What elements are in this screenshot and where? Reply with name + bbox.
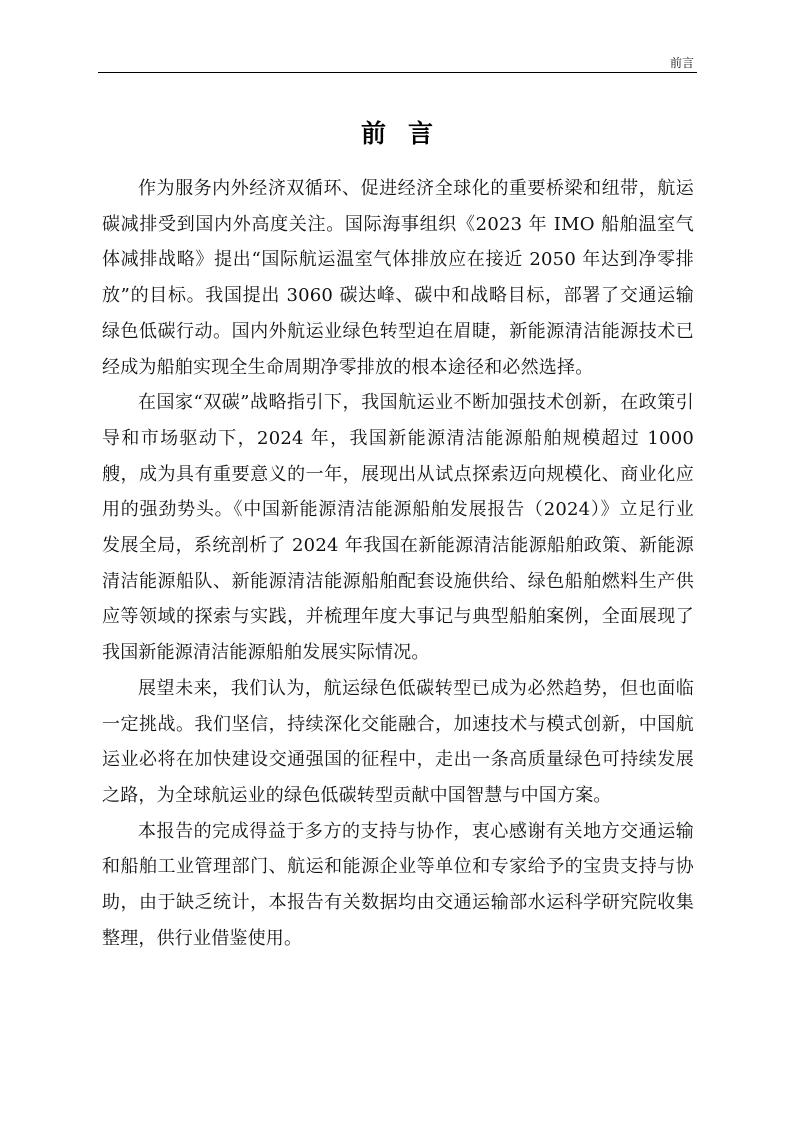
paragraph-2: 在国家“双碳”战略指引下，我国航运业不断加强技术创新，在政策引导和市场驱动下，2…: [102, 385, 694, 671]
running-header-title: 前言: [670, 56, 694, 70]
preface-body: 作为服务内外经济双循环、促进经济全球化的重要桥梁和纽带，航运碳减排受到国内外高度…: [102, 171, 694, 956]
paragraph-4: 本报告的完成得益于多方的支持与协作，衷心感谢有关地方交通运输和船舶工业管理部门、…: [102, 814, 694, 957]
paragraph-3: 展望未来，我们认为，航运绿色低碳转型已成为必然趋势，但也面临一定挑战。我们坚信，…: [102, 671, 694, 814]
paragraph-1: 作为服务内外经济双循环、促进经济全球化的重要桥梁和纽带，航运碳减排受到国内外高度…: [102, 171, 694, 385]
running-header: 前言: [98, 56, 697, 73]
page-title: 前言: [0, 118, 794, 150]
